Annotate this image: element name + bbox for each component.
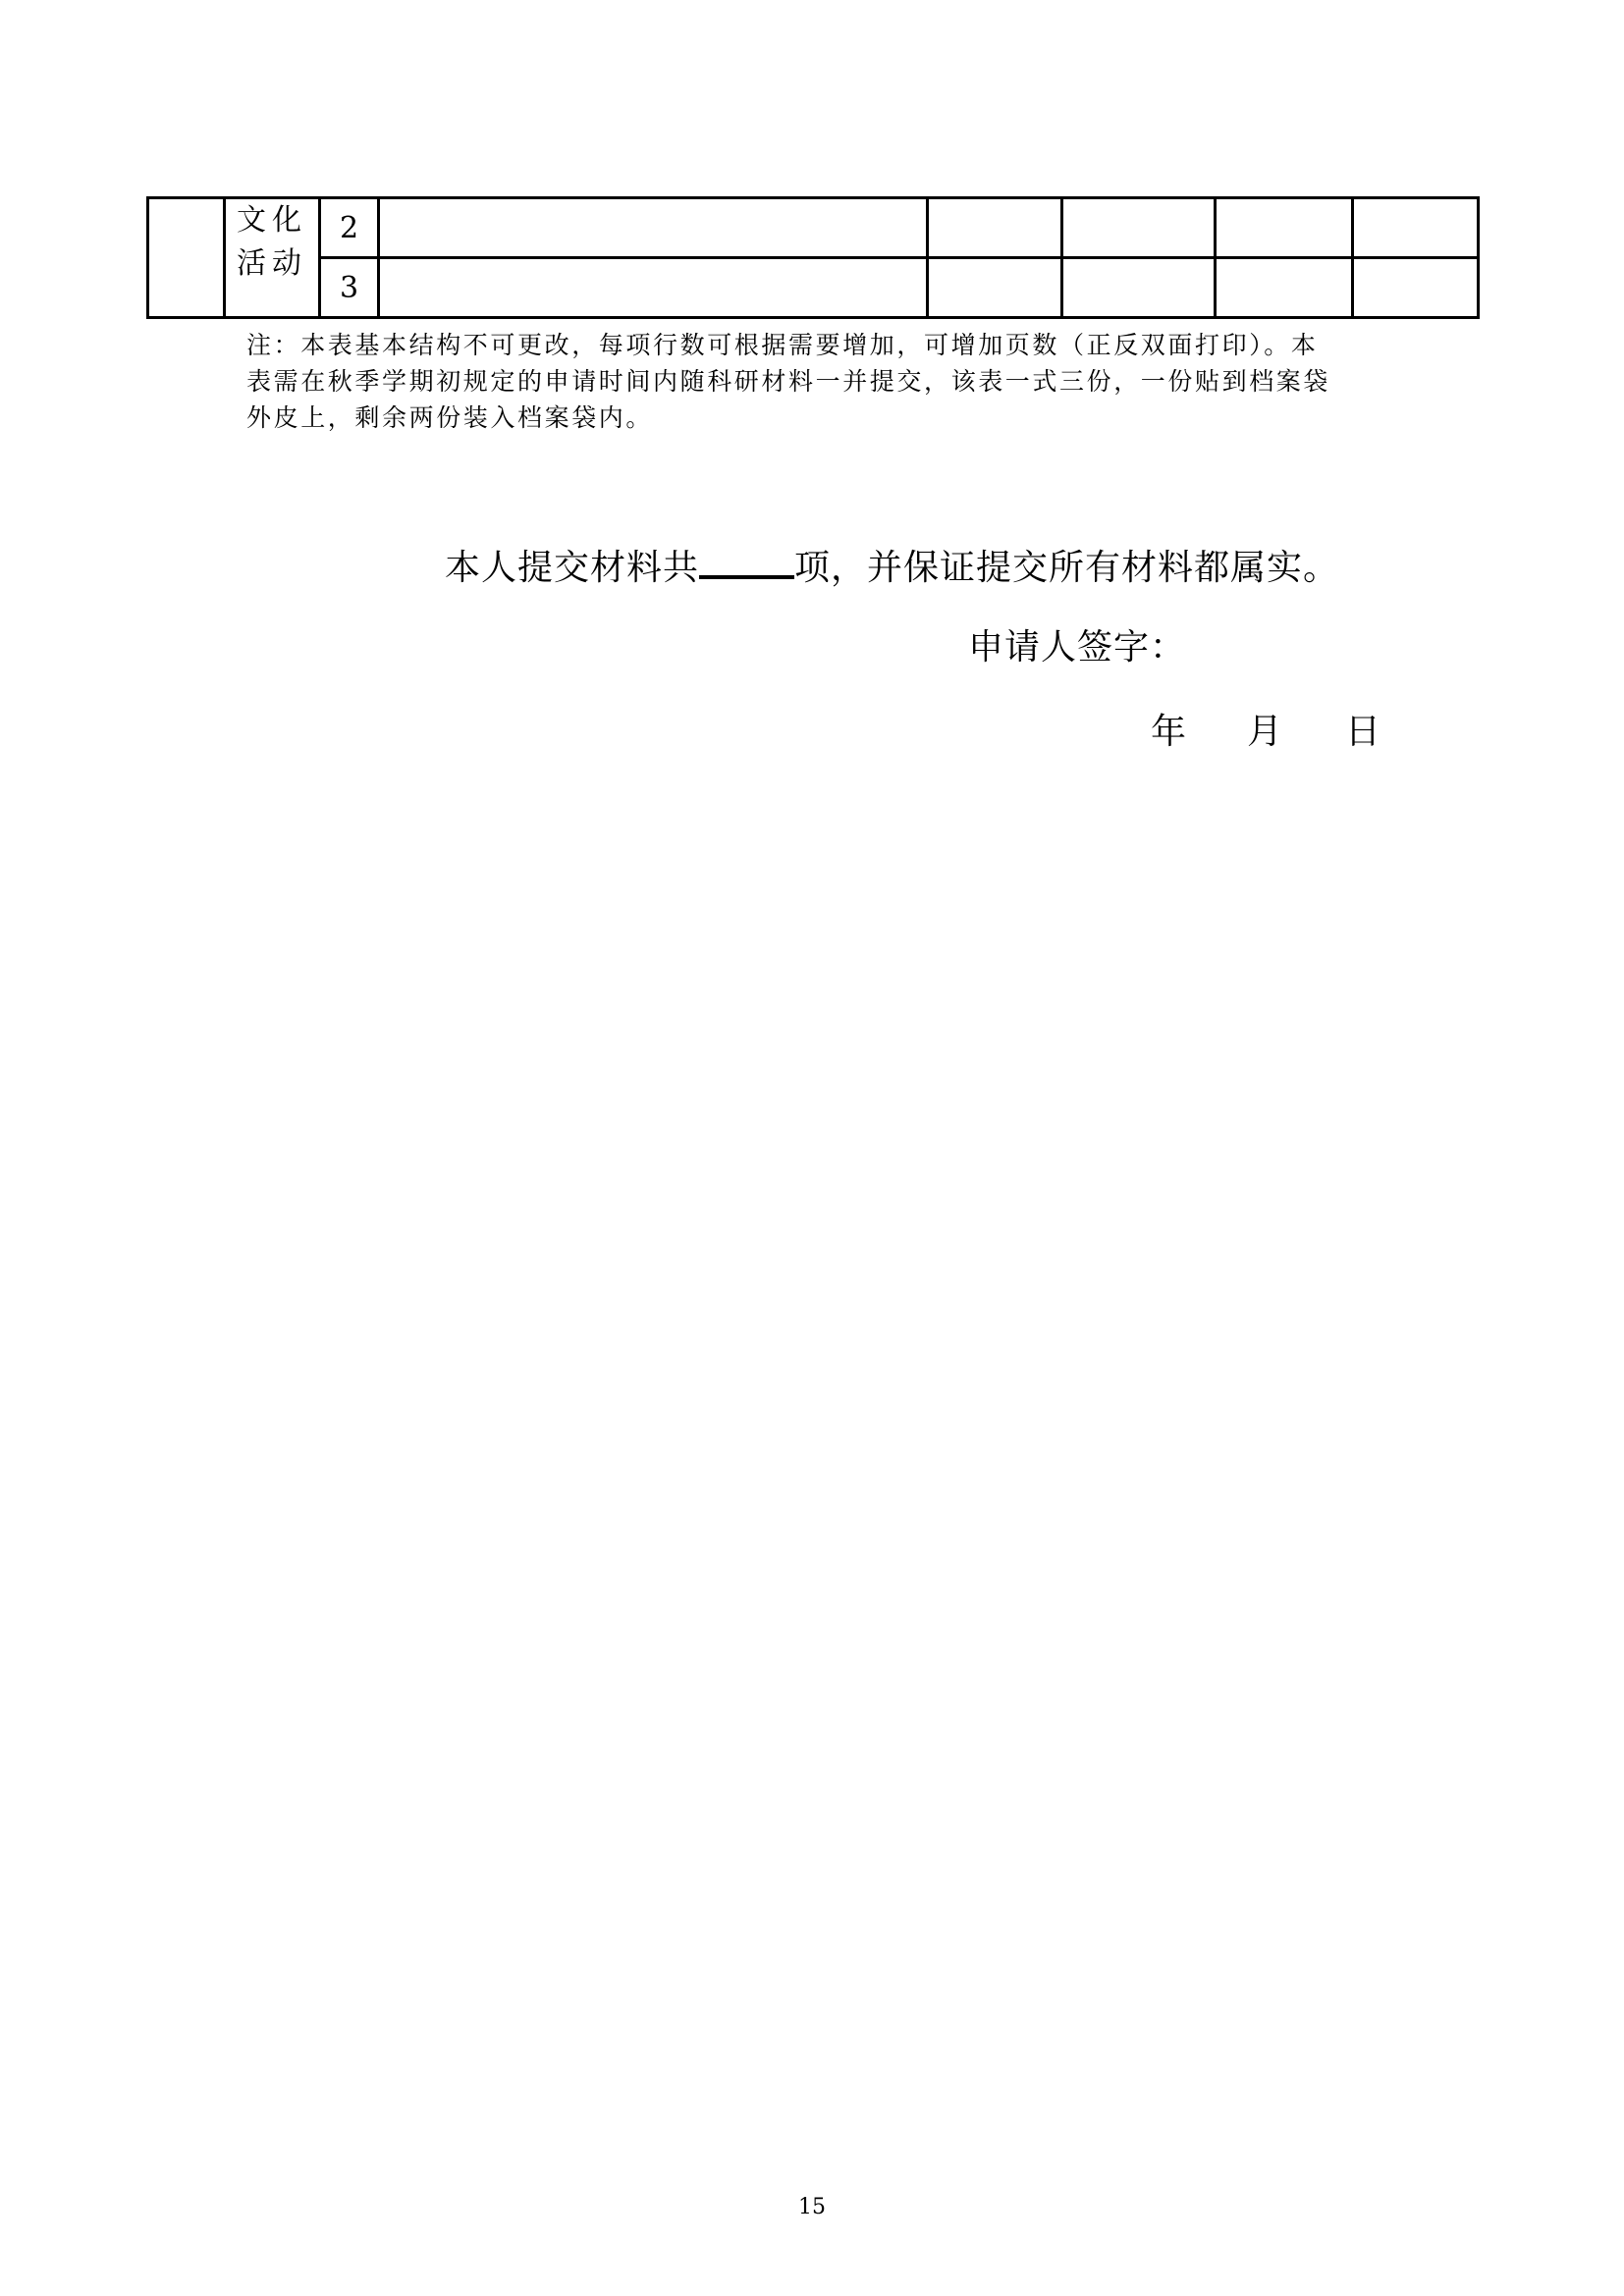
table-row: 3 bbox=[148, 258, 1479, 318]
category-label-line2: 活动 bbox=[226, 242, 318, 286]
table-cell[interactable] bbox=[1353, 198, 1479, 258]
table-row: 文化 活动 2 bbox=[148, 198, 1479, 258]
applicant-signature[interactable]: 申请人签字： bbox=[968, 624, 1186, 671]
document-page: 文化 活动 2 3 注：本表基本结构不可更改，每项行数可根据需要增加，可增加页数… bbox=[0, 0, 1624, 2296]
category-cell-cultural-activities: 文化 活动 bbox=[225, 198, 320, 318]
item-name-cell[interactable] bbox=[379, 258, 928, 318]
table-cell[interactable] bbox=[1353, 258, 1479, 318]
date-day-label: 日 bbox=[1345, 709, 1380, 756]
table-cell[interactable] bbox=[928, 258, 1062, 318]
row-number: 2 bbox=[320, 198, 379, 258]
table-cell[interactable] bbox=[1062, 198, 1216, 258]
table-cell[interactable] bbox=[928, 198, 1062, 258]
row-number: 3 bbox=[320, 258, 379, 318]
material-count-blank[interactable] bbox=[699, 540, 794, 579]
date-year-label: 年 bbox=[1151, 709, 1186, 756]
statement-suffix: 项，并保证提交所有材料都属实。 bbox=[794, 548, 1339, 588]
page-number: 15 bbox=[0, 2195, 1624, 2219]
declaration-statement: 本人提交材料共项，并保证提交所有材料都属实。 bbox=[445, 540, 1339, 592]
table-cell[interactable] bbox=[1216, 198, 1353, 258]
section-cell-empty[interactable] bbox=[148, 198, 225, 318]
materials-table: 文化 活动 2 3 bbox=[146, 196, 1480, 319]
table-cell[interactable] bbox=[1216, 258, 1353, 318]
note-line: 外皮上，剩余两份装入档案袋内。 bbox=[246, 400, 1385, 436]
note-line: 注：本表基本结构不可更改，每项行数可根据需要增加，可增加页数（正反双面打印）。本 bbox=[246, 327, 1385, 363]
item-name-cell[interactable] bbox=[379, 198, 928, 258]
category-label-line1: 文化 bbox=[226, 199, 318, 242]
note-line: 表需在秋季学期初规定的申请时间内随科研材料一并提交，该表一式三份，一份贴到档案袋 bbox=[246, 363, 1385, 400]
table-cell[interactable] bbox=[1062, 258, 1216, 318]
statement-prefix: 本人提交材料共 bbox=[445, 548, 699, 588]
table-note: 注：本表基本结构不可更改，每项行数可根据需要增加，可增加页数（正反双面打印）。本… bbox=[246, 327, 1385, 436]
date-month-label: 月 bbox=[1247, 709, 1282, 756]
signature-label: 申请人签字： bbox=[968, 627, 1186, 667]
